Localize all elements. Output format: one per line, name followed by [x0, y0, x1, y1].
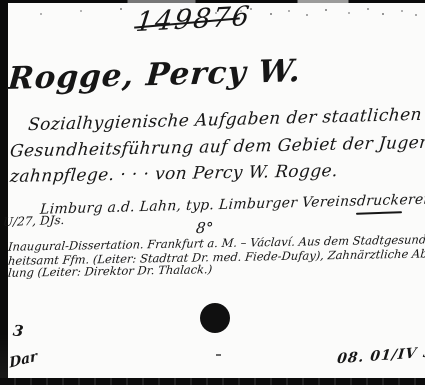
- scan-noise-speckles: [120, 8, 122, 10]
- title-line-3-author-statement: zahnpflege. · · · von Percy W. Rogge.: [9, 163, 338, 186]
- author-heading: Rogge, Percy W.: [7, 56, 302, 95]
- bottom-left-corner-note: Dar: [9, 350, 38, 371]
- left-scan-edge: [0, 0, 8, 380]
- title-line-2: Gesundheitsführung auf dem Gebiet der Ju…: [9, 134, 425, 160]
- bottom-scan-edge: [0, 378, 425, 385]
- catalog-card-scan: 149876 Rogge, Percy W. Sozialhygienische…: [0, 0, 425, 390]
- left-margin-mark: 3: [12, 323, 24, 339]
- shelfmark-annotation: U/27, DJs.: [3, 214, 65, 228]
- small-ink-speck: [216, 354, 221, 356]
- title-line-1: Sozialhygienische Aufgaben der staatlich…: [27, 107, 422, 134]
- imprint-underline-flourish: [356, 211, 402, 215]
- format-size-notation: 8°: [195, 221, 214, 236]
- dissertation-note-line-3: lung (Leiter: Direktor Dr. Thalack.): [8, 264, 213, 279]
- bottom-right-date-annotation: 08. 01/IV 39 .: [336, 344, 425, 366]
- punch-hole: [200, 303, 230, 333]
